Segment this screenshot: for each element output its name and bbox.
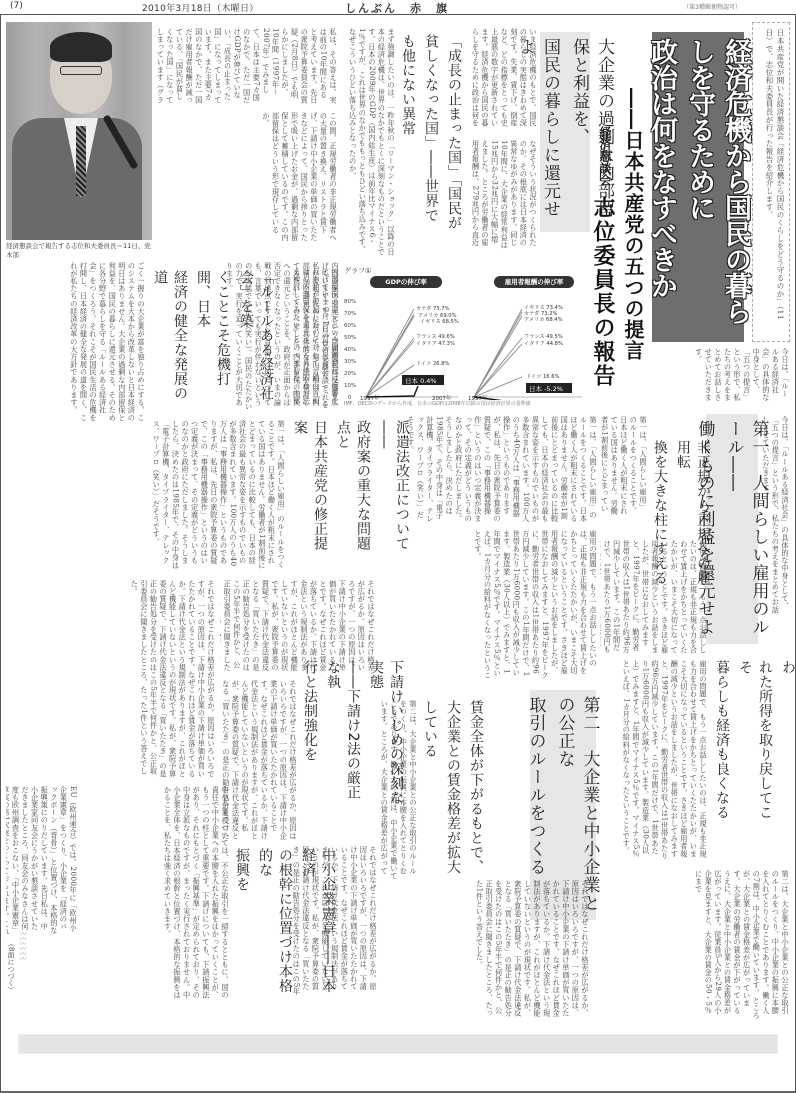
svg-text:80%: 80% (344, 299, 356, 305)
svg-text:70%: 70% (344, 311, 356, 317)
subsection-head: 下請けいじめの深刻な実態 ――下請け2法の厳正な執 行と法制強化を (300, 660, 406, 810)
section-head-1: 大企業の過剰な内部留保と利益を、 国民の暮らしに還元せよ (540, 32, 590, 232)
article-body: 第一は、「人間らしい雇用」のルールをつくることです。日本ほど働く人が粗末にされて… (380, 416, 598, 524)
article-body: 私は、その答えは、実は前の10年間にあると考えています。先日の衆院予算委員会の質… (156, 28, 338, 106)
svg-text:日本 0.4%: 日本 0.4% (405, 376, 437, 385)
article-body: それではなぜこれだけ格差が広がるか。原因はいろいろですが、一つの原因は、下請け中… (380, 880, 590, 1020)
svg-text:50%: 50% (344, 335, 356, 341)
headline-line-1: 経済危機から国民の暮らしを守るために (681, 38, 753, 342)
svg-text:イタリア 47.3%: イタリア 47.3% (416, 339, 455, 347)
page-number: (7) (10, 1, 23, 11)
svg-text:カナダ 73.2%: カナダ 73.2% (524, 309, 558, 317)
article-body: 第一は、「人間らしい雇用」のルールをつくることです。日本ほど働く人が粗末にされて… (600, 416, 648, 516)
footer-bar (18, 1034, 778, 1054)
speaker-photo (6, 22, 152, 240)
lede-text: 日本共産党が開いた経済懇談会「経済危機から国民のくらしをどう守るのか」（11日）… (756, 29, 786, 329)
lede-box: 日本共産党が開いた経済懇談会「経済危機から国民のくらしをどう守るのか」（11日）… (752, 22, 790, 342)
article-body: EU（欧州連合）では、2000年に「欧州小企業憲章」をつくり、小企業を「経済のバ… (6, 786, 78, 936)
figure-1-chart: グラフ① GDPの伸び率 雇用者報酬の伸び率 80%70%60% 50%40%3… (344, 266, 584, 410)
svg-text:ドイツ 16.6%: ドイツ 16.6% (526, 373, 560, 380)
chart-source-note: IMF、OECDのデータから作成。日本のGDPは2008年以降の国民経済計算の基… (344, 400, 531, 407)
article-body: ごく一握りの大企業が富を独り占めにする。このシステムを大本から改革しないと日本経… (6, 262, 146, 422)
article-body: この間、正規労働者の非正規労働者への大量の置き換え、リストラと賃下げ、下請け中小… (156, 112, 338, 244)
postal-notice: （第3種郵便物認可） (683, 2, 741, 11)
article-body: 第二は、大企業と中小企業との公正な取引のルールをつくり、中小企業の振興に本腰を入… (600, 870, 790, 1020)
article-body: 第一は、「人間らしい雇用」のルールをつくることです。日本ほど働く人が粗末にされて… (6, 420, 286, 570)
article-body: 雇用の問題で、もう一点お話ししたいのは、正規も非正規も力を合わせて賃上げをかちと… (380, 530, 598, 680)
svg-text:アメリカ 68.4%: アメリカ 68.4% (524, 316, 563, 323)
main-headline: 経済危機から国民の暮らしを守るために 政治は何をなすべきか (652, 32, 744, 342)
continued-notice: （8面につづく） (6, 940, 16, 993)
article-body: それではなぜこれだけ格差が広がるか。原因はいろいろですが、一つの原因は、下請け中… (6, 580, 216, 780)
photo-caption: 経済懇談会で報告する志位和夫委員長＝11日、党本部 (6, 242, 152, 260)
article-body: なぜそういう状況がつくられたのか。その根底には日本経済の異常なゆがみがあります。… (470, 140, 538, 250)
article-body: それではなぜこれだけ格差が広がるか。原因はいろいろですが、一つの原因は、下請け中… (220, 680, 298, 840)
svg-text:60%: 60% (344, 323, 356, 329)
svg-text:40%: 40% (344, 347, 356, 353)
subsection-head: 賃金全体が下がるもとで、 大企業との賃金格差が拡大 している (420, 700, 486, 880)
svg-text:イギリス 68.5%: イギリス 68.5% (420, 318, 459, 325)
svg-text:20%: 20% (344, 371, 356, 377)
article-body: 今日は、「ルールある経済社会」の具体的な中身として、「五つの提言」という形で、私… (690, 348, 790, 404)
svg-text:日本 -5.2%: 日本 -5.2% (529, 384, 563, 393)
issue-date: 2010年3月18日（木曜日） (142, 1, 259, 14)
article-body: それではなぜこれだけ格差が広がるか。原因はいろいろですが、一つの原因は、下請け中… (220, 580, 376, 672)
svg-text:カナダ 73.7%: カナダ 73.7% (416, 304, 450, 312)
svg-text:フランス 49.5%: フランス 49.5% (524, 333, 563, 340)
article-body: 内部留保の還元という問題提起は反響を広げています。2月1日の党首会談で、これを私… (290, 268, 340, 408)
svg-text:フランス 49.6%: フランス 49.6% (416, 333, 455, 340)
page-header: (7) 2010年3月18日（木曜日） しんぶん 赤 旗 （第3種郵便物認可） (0, 0, 796, 14)
article-body: いま経済危機のもとで、国民の暮らしの実態はきわめて深刻です。失業、賃下げ、倒産な… (470, 28, 538, 132)
article-body: 今日は、「ルールある経済社会」の具体的な中身として、「五つの提言」という形で、私… (760, 416, 790, 616)
line-chart-svg: 80%70%60% 50%40%30% 20%10%0 カナダ 73.7% アメ… (344, 266, 584, 400)
svg-text:ドイツ 26.8%: ドイツ 26.8% (416, 360, 450, 367)
divider-wave: 〰〰〰〰〰〰 (18, 930, 28, 960)
svg-text:イタリア 44.8%: イタリア 44.8% (524, 339, 563, 347)
article-body: 雇用の問題で、もう一点お話ししたいのは、正規も非正規も力を合わせて賃上げをかちと… (600, 540, 708, 656)
article-body: 雇用の問題で、もう一点お話ししたいのは、正規も非正規も力を合わせて賃上げをかちと… (600, 660, 708, 860)
article-body: まず強調したいのは、一昨年秋の「リーマン・ショック」以降の日本の経済危機は、世界… (340, 28, 396, 256)
svg-text:30%: 30% (344, 359, 356, 365)
subsection-head: 労働者の賃上げ闘争―奪わ れた所得を取り戻してこそ 暮らしも経済も良くなる (712, 660, 796, 830)
section-head-first-proposal: 第一 人間らしい雇用のルール―― 働くものに利益を還元せよ (706, 414, 758, 644)
subsection-head: 「成長の止まった国」「国民が 貧しくなった国」――世界で も他にない異常 (398, 34, 464, 234)
svg-text:イギリス 73.4%: イギリス 73.4% (524, 304, 563, 311)
svg-text:10%: 10% (344, 383, 356, 389)
headline-line-2: 政治は何をなすべきか (643, 38, 679, 342)
article-body: 中小企業については、不公正な取引を一掃するとともに、国の責任で中小企業への本腰を… (80, 786, 230, 1006)
subheadline: ――日本共産党の五つの提言 (619, 88, 648, 361)
article-body: それではなぜこれだけ格差が広がるか。原因はいろいろですが、一つの原因は、下請け中… (290, 846, 378, 996)
svg-text:アメリカ 69.0%: アメリカ 69.0% (418, 312, 457, 319)
